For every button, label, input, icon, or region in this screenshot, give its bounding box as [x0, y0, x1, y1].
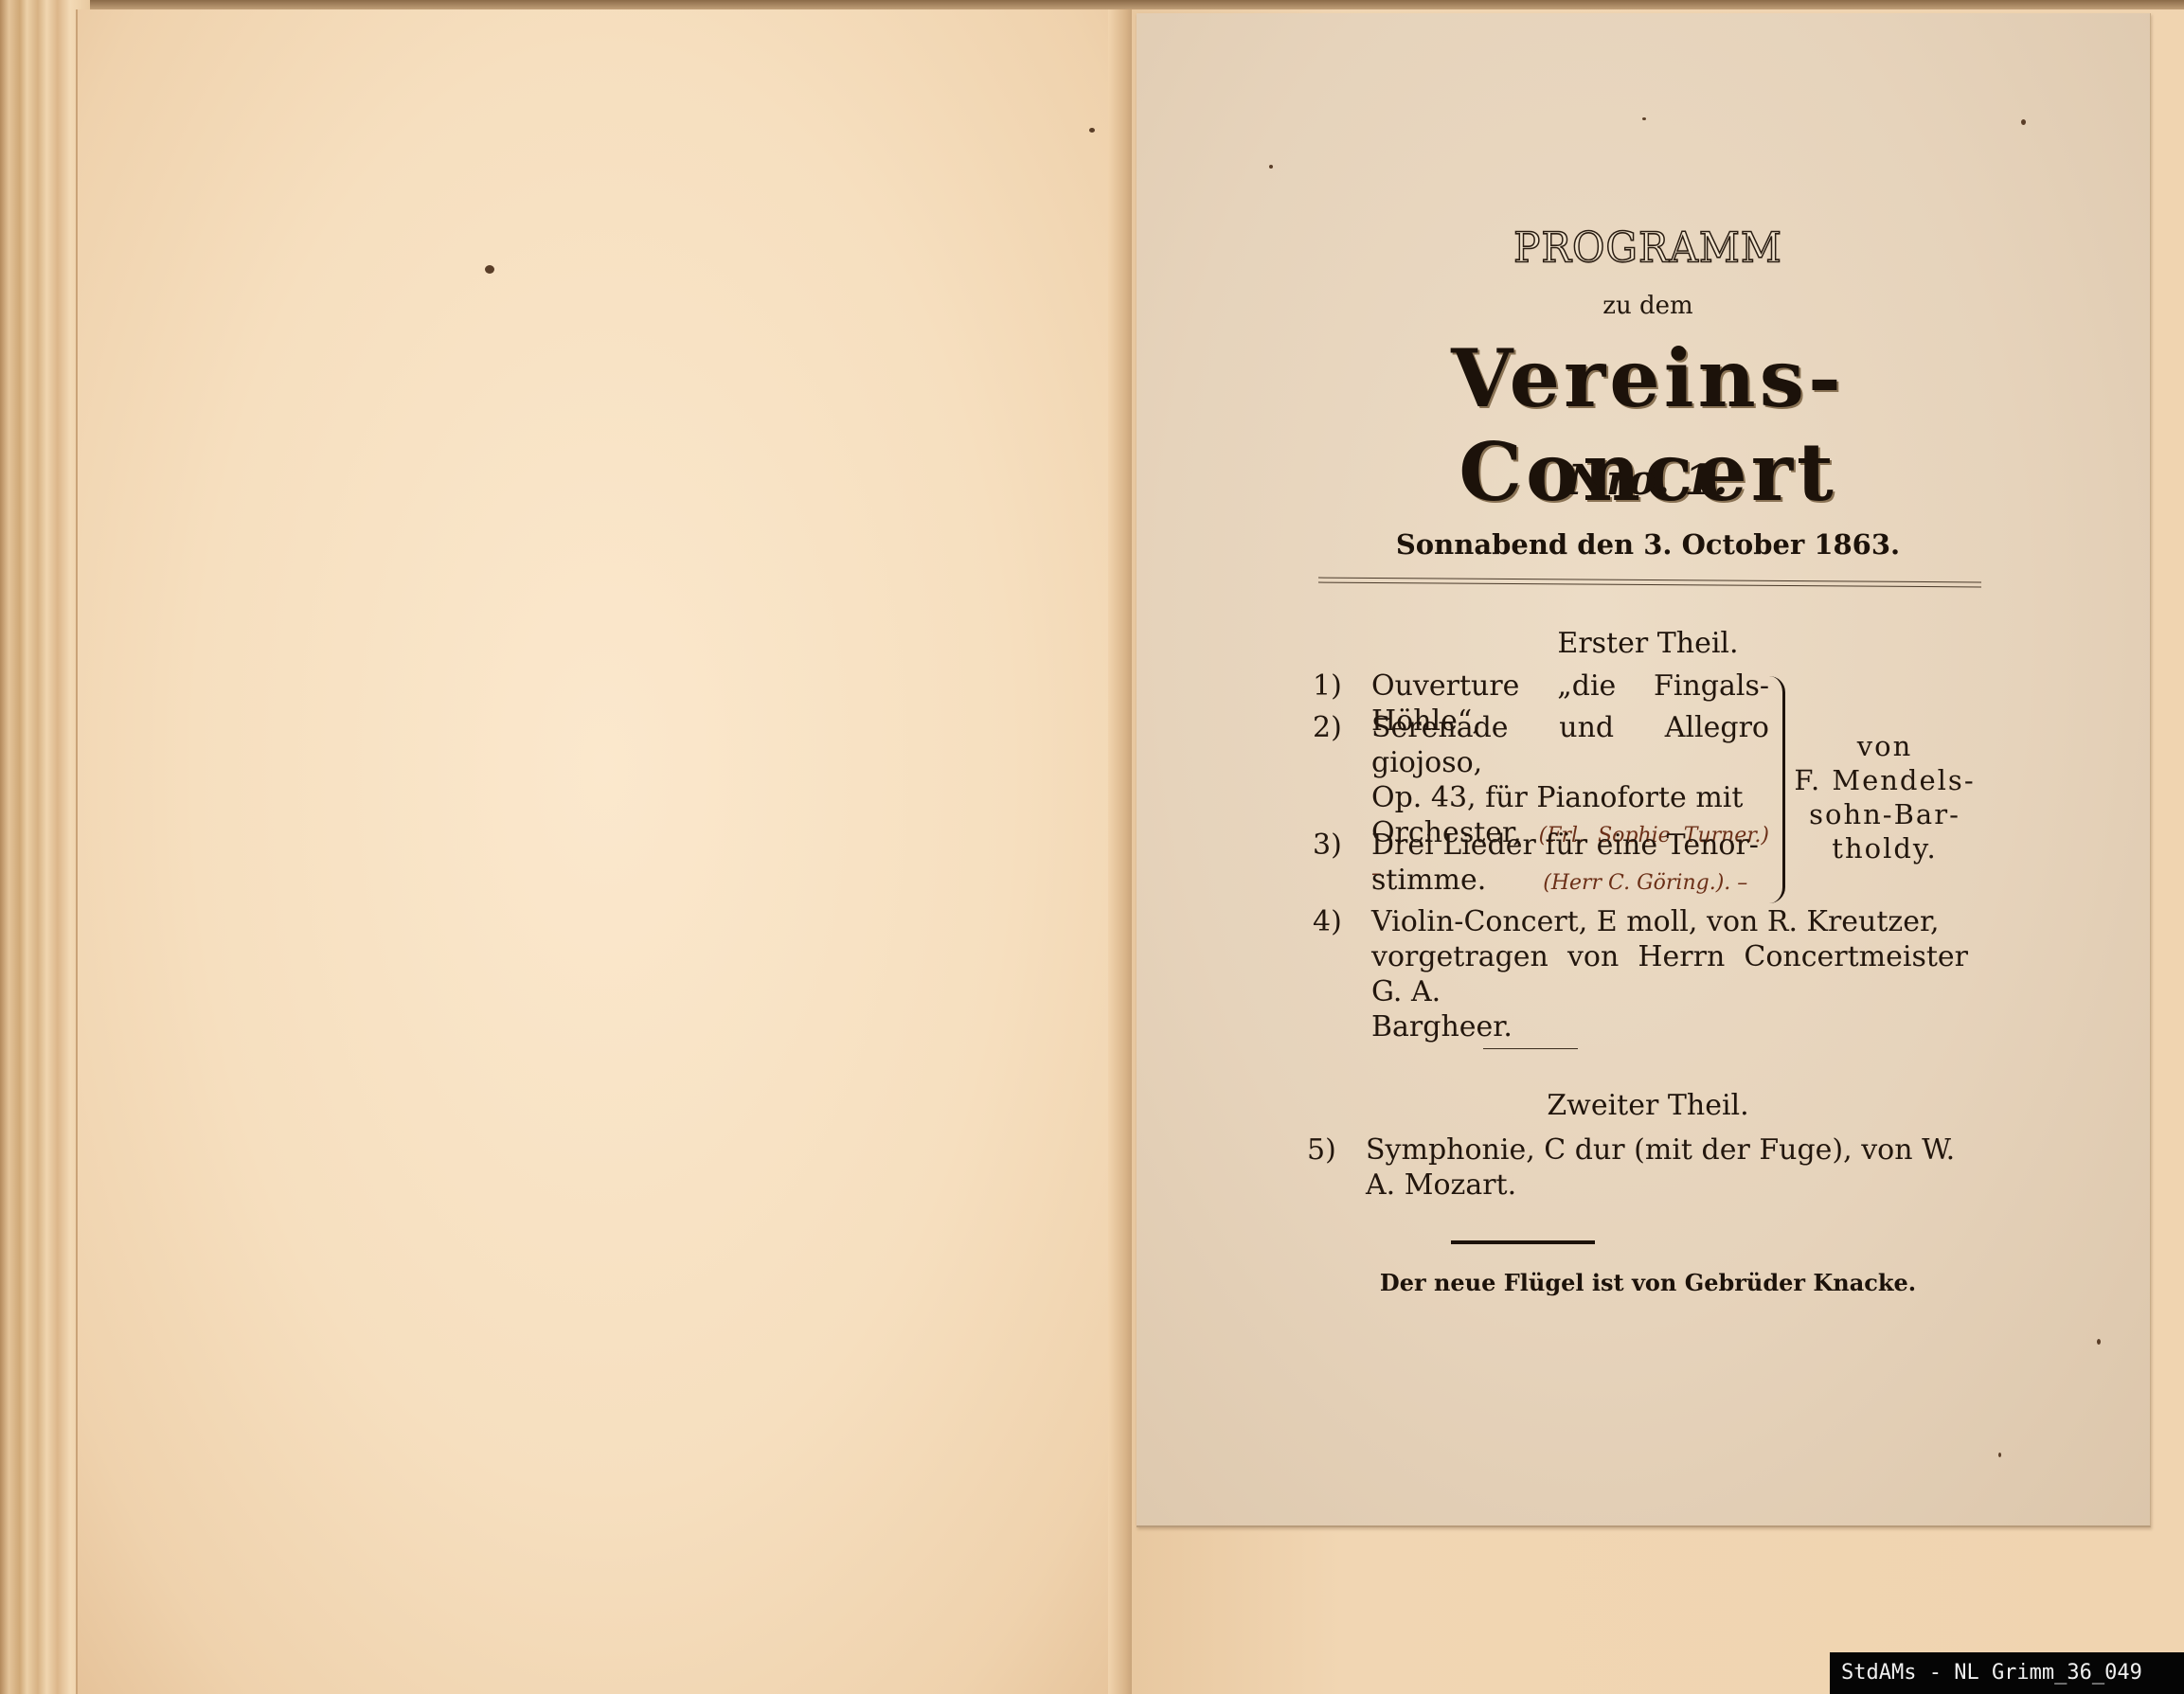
- item-text-line: Bargheer.: [1371, 1009, 1968, 1044]
- item-number: 4): [1313, 904, 1360, 939]
- item-number: 2): [1313, 710, 1360, 745]
- subtitle-zu-dem: zu dem: [1553, 292, 1743, 320]
- item-text-line: A. Mozart.: [1366, 1168, 1972, 1203]
- handwritten-annotation: (Herr C. Göring.). –: [1543, 871, 1747, 895]
- item-number: 5): [1307, 1132, 1354, 1168]
- program-item-5: 5) Symphonie, C dur (mit der Fuge), von …: [1307, 1132, 1979, 1208]
- program-item-1: 1) Ouverture „die Fingals-Höhle“,: [1313, 669, 1786, 706]
- paper-speck: [1269, 165, 1273, 169]
- composer-line: sohn-Bar-: [1790, 797, 1979, 831]
- left-blank-page: [76, 9, 1129, 1694]
- item-number: 1): [1313, 669, 1360, 704]
- composer-line: tholdy.: [1790, 831, 1979, 865]
- item-text-line: Symphonie, C dur (mit der Fuge), von W.: [1366, 1132, 1972, 1168]
- part1-heading: Erster Theil.: [1506, 627, 1790, 660]
- paper-speck: [1998, 1453, 2001, 1457]
- composer-brace: [1769, 676, 1785, 903]
- item-text-line: Op. 43, für Pianoforte mit: [1371, 780, 1769, 815]
- programm-heading: PROGRAMM: [1506, 223, 1790, 272]
- concert-number: Nro. 1.: [1506, 456, 1790, 505]
- paper-speck: [1642, 117, 1646, 120]
- item-text-line: Serenade und Allegro giojoso,: [1371, 710, 1769, 780]
- paper-speck: [1089, 128, 1095, 133]
- paper-speck: [2097, 1339, 2101, 1345]
- item-text-line: Drei Lieder für eine Tenor-: [1371, 828, 1769, 863]
- part2-heading: Zweiter Theil.: [1506, 1089, 1790, 1122]
- program-item-4: 4) Violin-Concert, E moll, von R. Kreutz…: [1313, 904, 1976, 1018]
- composer-line: von: [1790, 729, 1979, 763]
- item-text-line: stimme.: [1371, 864, 1486, 897]
- composer-attribution: von F. Mendels- sohn-Bar- tholdy.: [1790, 729, 1979, 865]
- paper-speck: [2021, 119, 2026, 125]
- thick-divider: [1451, 1240, 1595, 1244]
- archive-reference-label: StdAMs - NL Grimm_36_049: [1830, 1652, 2184, 1694]
- section-divider: [1483, 1048, 1578, 1049]
- program-item-2: 2) Serenade und Allegro giojoso, Op. 43,…: [1313, 710, 1786, 824]
- item-text-line: vorgetragen von Herrn Concertmeister G. …: [1371, 939, 1968, 1009]
- program-item-3: 3) Drei Lieder für eine Tenor- stimme.(H…: [1313, 828, 1786, 903]
- item-text-line: Violin-Concert, E moll, von R. Kreutzer,: [1371, 904, 1968, 939]
- piano-note: Der neue Flügel ist von Gebrüder Knacke.: [1307, 1269, 1989, 1296]
- composer-line: F. Mendels-: [1790, 763, 1979, 797]
- concert-date: Sonnabend den 3. October 1863.: [1326, 528, 1970, 561]
- item-number: 3): [1313, 828, 1360, 863]
- paper-speck: [485, 265, 494, 274]
